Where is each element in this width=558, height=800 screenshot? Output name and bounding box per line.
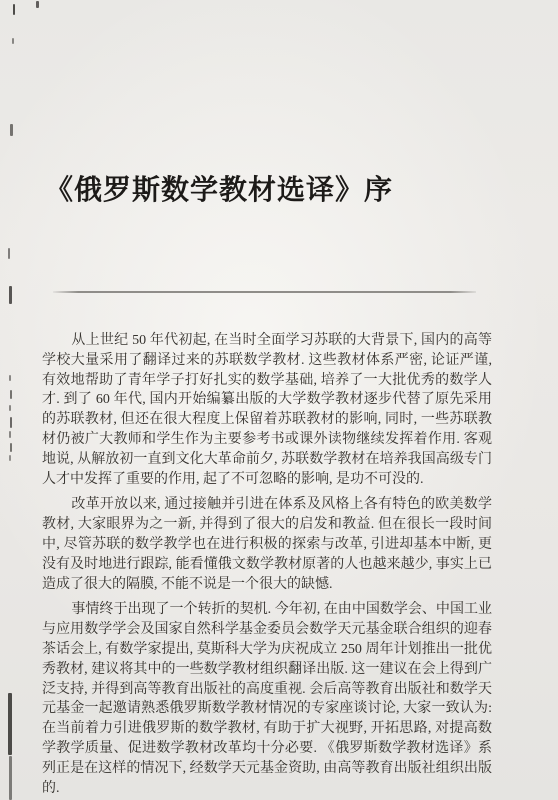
scan-artifact — [36, 1, 39, 8]
body-paragraph: 改革开放以来, 通过接触并引进在体系及风格上各有特色的欧美数学教材, 大家眼界为… — [42, 495, 492, 594]
scan-artifact — [10, 390, 12, 399]
body-paragraph: 事情终于出现了一个转折的契机. 今年初, 在由中国数学会、中国工业与应用数学学会… — [42, 600, 492, 798]
preface-body: 从上世纪 50 年代初起, 在当时全面学习苏联的大背景下, 国内的高等学校大量采… — [42, 331, 492, 800]
scan-artifact — [12, 38, 14, 44]
scan-artifact — [9, 455, 11, 461]
scan-artifact — [9, 286, 12, 304]
scan-artifact — [9, 756, 12, 800]
scan-artifact — [9, 431, 11, 438]
scan-artifact — [9, 375, 11, 381]
scan-artifact — [10, 417, 12, 428]
title-divider — [53, 291, 476, 293]
scan-artifact — [10, 124, 13, 136]
body-paragraph: 从上世纪 50 年代初起, 在当时全面学习苏联的大背景下, 国内的高等学校大量采… — [42, 331, 492, 489]
scanned-book-page: { "page": { "title": "《俄罗斯数学教材选译》序", "pa… — [0, 0, 558, 800]
scan-artifact — [10, 443, 12, 452]
page-title: 《俄罗斯数学教材选译》序 — [45, 168, 393, 208]
scan-artifact — [13, 4, 15, 15]
scan-artifact — [8, 693, 12, 755]
scan-artifact — [8, 248, 10, 259]
scan-artifact — [9, 405, 11, 411]
